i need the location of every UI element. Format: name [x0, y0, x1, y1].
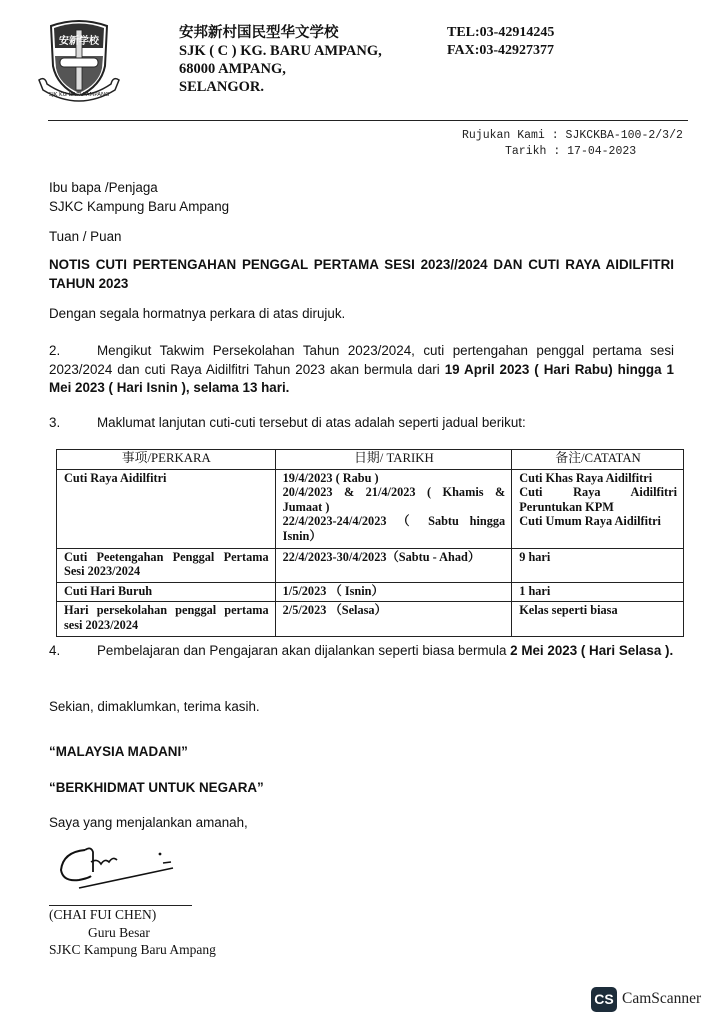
amanah-line: Saya yang menjalankan amanah, [49, 814, 674, 833]
recipient-line: Ibu bapa /Penjaga [49, 179, 674, 198]
holiday-schedule-table: 事项/PERKARA 日期/ TARIKH 备注/CATATAN Cuti Ra… [56, 449, 684, 637]
letterhead-divider [48, 120, 688, 121]
paragraph-2: 2.Mengikut Takwim Persekolahan Tahun 202… [49, 342, 674, 398]
signatory-title: Guru Besar [49, 924, 216, 942]
school-name-chinese: 安邦新村国民型华文学校 [179, 24, 382, 42]
contact-block: TEL:03-42914245 FAX:03-42927377 [447, 24, 554, 60]
cell-tarikh: 19/4/2023 ( Rabu ) 20/4/2023 & 21/4/2023… [275, 469, 512, 548]
cell-tarikh: 22/4/2023-30/4/2023（Sabtu - Ahad） [275, 548, 512, 582]
cell-catatan: 1 hari [512, 582, 684, 602]
table-header-row: 事项/PERKARA 日期/ TARIKH 备注/CATATAN [57, 450, 684, 470]
column-header-tarikh: 日期/ TARIKH [275, 450, 512, 470]
school-name: SJK ( C ) KG. BARU AMPANG, [179, 42, 382, 60]
address-line: SELANGOR. [179, 78, 382, 96]
cell-perkara: Cuti Hari Buruh [57, 582, 276, 602]
telephone: TEL:03-42914245 [447, 24, 554, 42]
column-header-perkara: 事项/PERKARA [57, 450, 276, 470]
reference-block: Rujukan Kami : SJKCKBA-100-2/3/2 Tarikh … [462, 128, 683, 160]
cell-catatan: Cuti Khas Raya Aidilfitri Cuti Raya Aidi… [512, 469, 684, 548]
paragraph-number: 3. [49, 414, 97, 433]
cell-catatan: 9 hari [512, 548, 684, 582]
signatory-school: SJKC Kampung Baru Ampang [49, 941, 216, 959]
paragraph-4: 4.Pembelajaran dan Pengajaran akan dijal… [49, 642, 674, 661]
cell-tarikh: 1/5/2023 （ Isnin） [275, 582, 512, 602]
opening-line: Dengan segala hormatnya perkara di atas … [49, 305, 674, 324]
table-row: Hari persekolahan penggal pertama sesi 2… [57, 602, 684, 636]
slogan-berkhidmat: “BERKHIDMAT UNTUK NEGARA” [49, 779, 674, 798]
svg-text:SJK KG BARU AMPANG: SJK KG BARU AMPANG [49, 92, 110, 98]
cell-tarikh: 2/5/2023 （Selasa） [275, 602, 512, 636]
school-address-block: 安邦新村国民型华文学校 SJK ( C ) KG. BARU AMPANG, 6… [179, 24, 382, 96]
paragraph-3: 3.Maklumat lanjutan cuti-cuti tersebut d… [49, 414, 674, 433]
camscanner-watermark: CamScanner [622, 990, 701, 1008]
reference-label: Rujukan Kami [462, 129, 545, 142]
signatory-block: (CHAI FUI CHEN) Guru Besar SJKC Kampung … [49, 906, 216, 959]
signatory-name: (CHAI FUI CHEN) [49, 906, 216, 924]
table-row: Cuti Hari Buruh 1/5/2023 （ Isnin） 1 hari [57, 582, 684, 602]
paragraph-number: 2. [49, 342, 97, 361]
signature [55, 842, 185, 897]
cell-catatan: Kelas seperti biasa [512, 602, 684, 636]
table-row: Cuti Raya Aidilfitri 19/4/2023 ( Rabu ) … [57, 469, 684, 548]
cell-perkara: Cuti Raya Aidilfitri [57, 469, 276, 548]
cell-perkara: Hari persekolahan penggal pertama sesi 2… [57, 602, 276, 636]
column-header-catatan: 备注/CATATAN [512, 450, 684, 470]
cell-perkara: Cuti Peetengahan Penggal Pertama Sesi 20… [57, 548, 276, 582]
school-crest-logo: 安新学校 SJK KG BARU AMPANG [33, 14, 125, 106]
reference-number: SJKCKBA-100-2/3/2 [566, 129, 683, 142]
crest-icon: 安新学校 SJK KG BARU AMPANG [33, 14, 125, 106]
slogan-malaysia-madani: “MALAYSIA MADANI” [49, 743, 674, 762]
address-line: 68000 AMPANG, [179, 60, 382, 78]
recipient-block: Ibu bapa /Penjaga SJKC Kampung Baru Ampa… [49, 179, 674, 216]
table-row: Cuti Peetengahan Penggal Pertama Sesi 20… [57, 548, 684, 582]
signature-icon [55, 842, 185, 892]
fax: FAX:03-42927377 [447, 42, 554, 60]
letter-date: 17-04-2023 [567, 145, 636, 158]
salutation: Tuan / Puan [49, 228, 674, 247]
recipient-line: SJKC Kampung Baru Ampang [49, 198, 674, 217]
subject-heading: NOTIS CUTI PERTENGAHAN PENGGAL PERTAMA S… [49, 256, 674, 293]
date-label: Tarikh [505, 145, 546, 158]
paragraph-number: 4. [49, 642, 97, 661]
closing-line: Sekian, dimaklumkan, terima kasih. [49, 698, 674, 717]
camscanner-logo-icon: CS [591, 987, 617, 1012]
svg-text:安新学校: 安新学校 [59, 34, 100, 47]
